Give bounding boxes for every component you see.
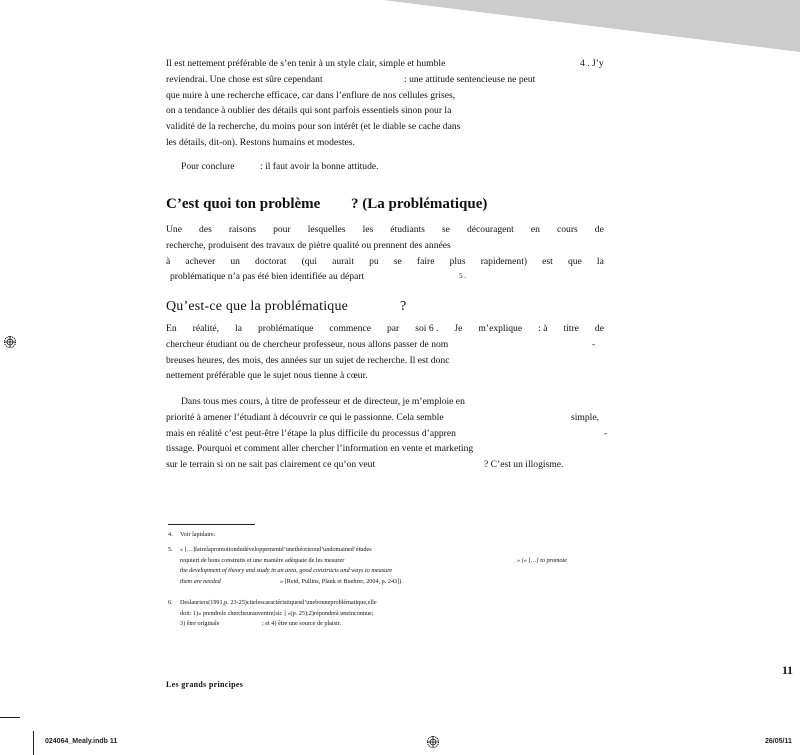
footnote-number: 4. xyxy=(168,530,173,541)
word: raisons xyxy=(229,222,256,238)
word: : à xyxy=(538,321,547,337)
text-line: problématique n’a pas été bien identifié… xyxy=(170,271,364,282)
footnote-separator xyxy=(168,524,255,525)
word: soi 6 . xyxy=(415,321,438,337)
word: le chercheur xyxy=(222,610,252,617)
word: ; xyxy=(372,610,374,617)
word: les xyxy=(256,599,263,606)
word: commence xyxy=(329,321,371,337)
paragraph-style: Il est nettement préférable de s’en teni… xyxy=(166,56,606,151)
text-line: validité de la recherche, du moins pour … xyxy=(166,119,606,135)
word: répondre xyxy=(314,610,336,617)
word: problématique xyxy=(258,321,313,337)
word: la xyxy=(597,254,604,270)
word: un xyxy=(230,254,240,270)
word: (p. 25) xyxy=(291,610,308,617)
text-line: tissage. Pourquoi et comment aller cherc… xyxy=(166,441,606,457)
text-line: priorité à amener l’étudiant à découvrir… xyxy=(166,412,444,423)
word: en xyxy=(531,222,540,238)
text-line-continuation: ; et 4) être une source de plaisir. xyxy=(262,619,341,630)
word: rapidement) xyxy=(481,254,527,270)
word: des xyxy=(199,222,212,238)
justified-line: Unedesraisonspourlesquelleslesétudiantss… xyxy=(166,222,604,238)
word: (1991, xyxy=(208,599,224,606)
word: problématique, xyxy=(330,599,367,606)
paragraph-courses: Dans tous mes cours, à titre de professe… xyxy=(166,394,606,473)
page-curl-shadow xyxy=(0,0,800,60)
word: m’explique xyxy=(478,321,522,337)
word: de xyxy=(595,222,604,238)
word: bonne xyxy=(315,599,330,606)
text-line: Pour conclure xyxy=(181,161,235,172)
word: lesquelles xyxy=(308,222,346,238)
word: la xyxy=(235,321,242,337)
text-line: les détails, dit-on). Restons humains et… xyxy=(166,135,606,151)
text-line: breuses heures, des mois, des années sur… xyxy=(166,353,606,369)
word: « prendre xyxy=(198,610,222,617)
text-line-continuation: : il faut avoir la bonne attitude. xyxy=(260,159,379,175)
text-line: sur le terrain si on ne sait pas clairem… xyxy=(166,459,375,470)
word: p. 23-25) xyxy=(224,599,247,606)
text-line: recherche, produisent des travaux de piè… xyxy=(166,238,606,254)
page-number: 11 xyxy=(782,665,793,677)
slug-filename: 024064_Mealy.indb 11 xyxy=(45,738,117,745)
word: « […] xyxy=(180,546,195,553)
word: ventre xyxy=(258,610,273,617)
justified-line: doit: 1)« prendrele chercheurauventre[si… xyxy=(180,609,604,620)
word: d’une xyxy=(301,599,315,606)
word: faire xyxy=(417,254,435,270)
text-line: requiert de bons construits et une maniè… xyxy=(180,557,344,564)
text-line: Dans tous mes cours, à titre de professe… xyxy=(181,396,465,407)
justified-line: Enréalité,laproblématiquecommenceparsoi … xyxy=(166,321,604,337)
word: elle xyxy=(368,599,377,606)
footnote-5: 5. « […]fairelapromotiondudéveloppementd… xyxy=(168,545,608,595)
word: d’un xyxy=(318,546,329,553)
registration-target-icon xyxy=(3,335,17,349)
word: d’une xyxy=(281,546,295,553)
justified-line: àacheverundoctorat(quiauraitpusefaireplu… xyxy=(166,254,604,270)
text-line: Il est nettement préférable de s’en teni… xyxy=(166,56,606,72)
word: cite xyxy=(247,599,256,606)
hyphen: - xyxy=(592,337,595,353)
word: découragent xyxy=(467,222,514,238)
text-line-continuation: ? C’est un illogisme. xyxy=(484,457,563,473)
heading-text: C’est quoi ton problème xyxy=(166,196,320,212)
word: domaine xyxy=(329,546,350,553)
word: se xyxy=(394,254,402,270)
paragraph-conclusion: Pour conclure: il faut avoir la bonne at… xyxy=(166,159,606,175)
text-line: 3) être originale xyxy=(180,620,220,627)
word: d’études xyxy=(351,546,372,553)
heading-text: Qu’est-ce que la problématique xyxy=(166,299,348,314)
footnote-number: 5. xyxy=(168,545,173,556)
word: pu xyxy=(369,254,379,270)
word: étudiants xyxy=(390,222,425,238)
word: Je xyxy=(454,321,462,337)
word: à xyxy=(166,254,170,270)
heading-text-continuation: ? xyxy=(400,299,406,315)
word: achever xyxy=(185,254,215,270)
subsection-heading: Qu’est-ce que la problématique? xyxy=(166,299,348,315)
word: faire xyxy=(195,546,206,553)
word: titre xyxy=(563,321,578,337)
paragraph-problem: Unedesraisonspourlesquelleslesétudiantss… xyxy=(166,222,606,285)
text-line-continuation: simple, xyxy=(571,410,599,426)
word: théorie xyxy=(295,546,312,553)
word: est xyxy=(542,254,553,270)
hyphen: - xyxy=(604,426,607,442)
word: à une xyxy=(336,610,349,617)
word: Une xyxy=(166,222,182,238)
word: que xyxy=(568,254,582,270)
word: pour xyxy=(273,222,291,238)
text-line: on a tendance à oublier des détails qui … xyxy=(166,103,606,119)
paragraph-reality: Enréalité,laproblématiquecommenceparsoi … xyxy=(166,321,606,384)
crop-mark xyxy=(0,717,20,718)
footnote-6: 6. Deslauriers(1991,p. 23-25)citelescara… xyxy=(168,598,608,632)
text-line: the development of theory and study in a… xyxy=(180,566,604,577)
word: développement xyxy=(243,546,281,553)
word: les xyxy=(363,222,374,238)
word: caractéristiques xyxy=(263,599,301,606)
word: réalité, xyxy=(193,321,219,337)
word: doctorat xyxy=(255,254,286,270)
slug-date: 26/05/11 xyxy=(765,738,792,745)
footnote-ref-4: 4 . J’y xyxy=(580,56,604,72)
word: aurait xyxy=(332,254,354,270)
citation: » [Reid, Pullins, Plank et Buehrer, 2004… xyxy=(280,577,403,588)
text-line-continuation: » (« […] to promote xyxy=(517,556,567,567)
text-line-continuation: : une attitude sentencieuse ne peut xyxy=(404,72,535,88)
text-line: them are needed xyxy=(180,578,221,585)
word: se xyxy=(442,222,450,238)
word: plus xyxy=(450,254,466,270)
justified-line: Deslauriers(1991,p. 23-25)citelescaracté… xyxy=(180,598,604,609)
text-line: chercheur étudiant ou de chercheur profe… xyxy=(166,339,448,350)
running-footer: Les grands principes xyxy=(166,680,243,689)
word: doit xyxy=(180,610,190,617)
word: de xyxy=(595,321,604,337)
text-line: mais en réalité c’est peut-être l’étape … xyxy=(166,428,456,439)
word: [sic ] » xyxy=(273,610,290,617)
text-line: nettement préférable que le sujet nous t… xyxy=(166,368,606,384)
word: En xyxy=(166,321,177,337)
word: : 1) xyxy=(190,610,198,617)
justified-line: « […]fairelapromotiondudéveloppementd’un… xyxy=(180,545,604,556)
registration-target-icon xyxy=(426,735,440,749)
crop-mark xyxy=(33,731,34,755)
word: cours xyxy=(557,222,578,238)
text-line: reviendrai. Une chose est sûre cependant xyxy=(166,74,323,85)
footnote-ref-5: 5 . xyxy=(459,269,466,285)
word: par xyxy=(387,321,399,337)
word: promotion xyxy=(211,546,237,553)
section-heading: C’est quoi ton problème? (La problématiq… xyxy=(166,196,320,213)
footnote-number: 6. xyxy=(168,598,173,609)
word: inconnue xyxy=(349,610,372,617)
heading-text-continuation: ? (La problématique) xyxy=(351,196,487,213)
word: Deslauriers xyxy=(180,599,208,606)
text-line: que nuire à une recherche efficace, car … xyxy=(166,88,606,104)
footnote-text: Voir lapidaire. xyxy=(180,530,215,541)
word: (qui xyxy=(302,254,317,270)
